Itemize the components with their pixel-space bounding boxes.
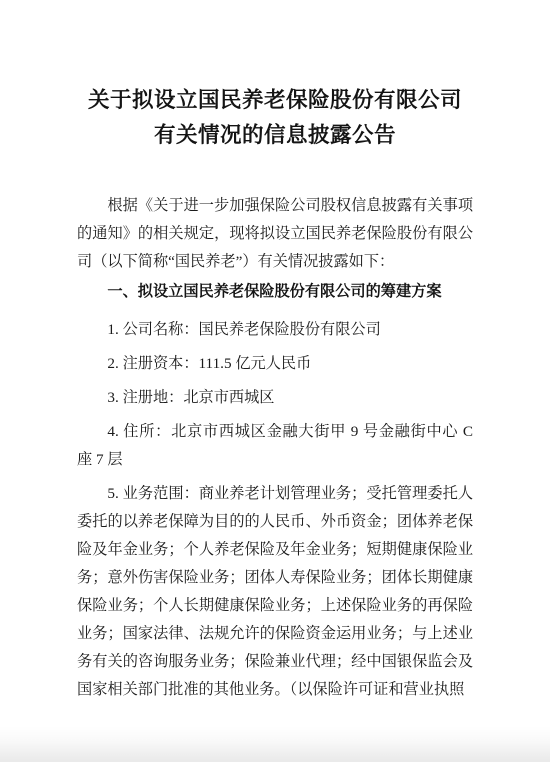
item-business-scope: 5. 业务范围：商业养老计划管理业务；受托管理委托人委托的以养老保障为目的的人民…: [77, 480, 473, 704]
item-address: 4. 住所：北京市西城区金融大街甲 9 号金融街中心 C 座 7 层: [77, 418, 473, 474]
document-body: 根据《关于进一步加强保险公司股权信息披露有关事项的通知》的相关规定，现将拟设立国…: [77, 192, 473, 704]
item-registered-capital: 2. 注册资本：111.5 亿元人民币: [77, 350, 473, 378]
document-title: 关于拟设立国民养老保险股份有限公司 有关情况的信息披露公告: [0, 83, 550, 153]
document-title-line1: 关于拟设立国民养老保险股份有限公司: [0, 83, 550, 118]
section-heading: 一、拟设立国民养老保险股份有限公司的筹建方案: [77, 278, 473, 306]
page-bottom-shadow: [0, 726, 550, 762]
document-page: 关于拟设立国民养老保险股份有限公司 有关情况的信息披露公告 根据《关于进一步加强…: [0, 0, 550, 762]
intro-paragraph: 根据《关于进一步加强保险公司股权信息披露有关事项的通知》的相关规定，现将拟设立国…: [77, 192, 473, 276]
document-title-line2: 有关情况的信息披露公告: [0, 118, 550, 153]
item-registration-place: 3. 注册地：北京市西城区: [77, 384, 473, 412]
item-company-name: 1. 公司名称：国民养老保险股份有限公司: [77, 316, 473, 344]
